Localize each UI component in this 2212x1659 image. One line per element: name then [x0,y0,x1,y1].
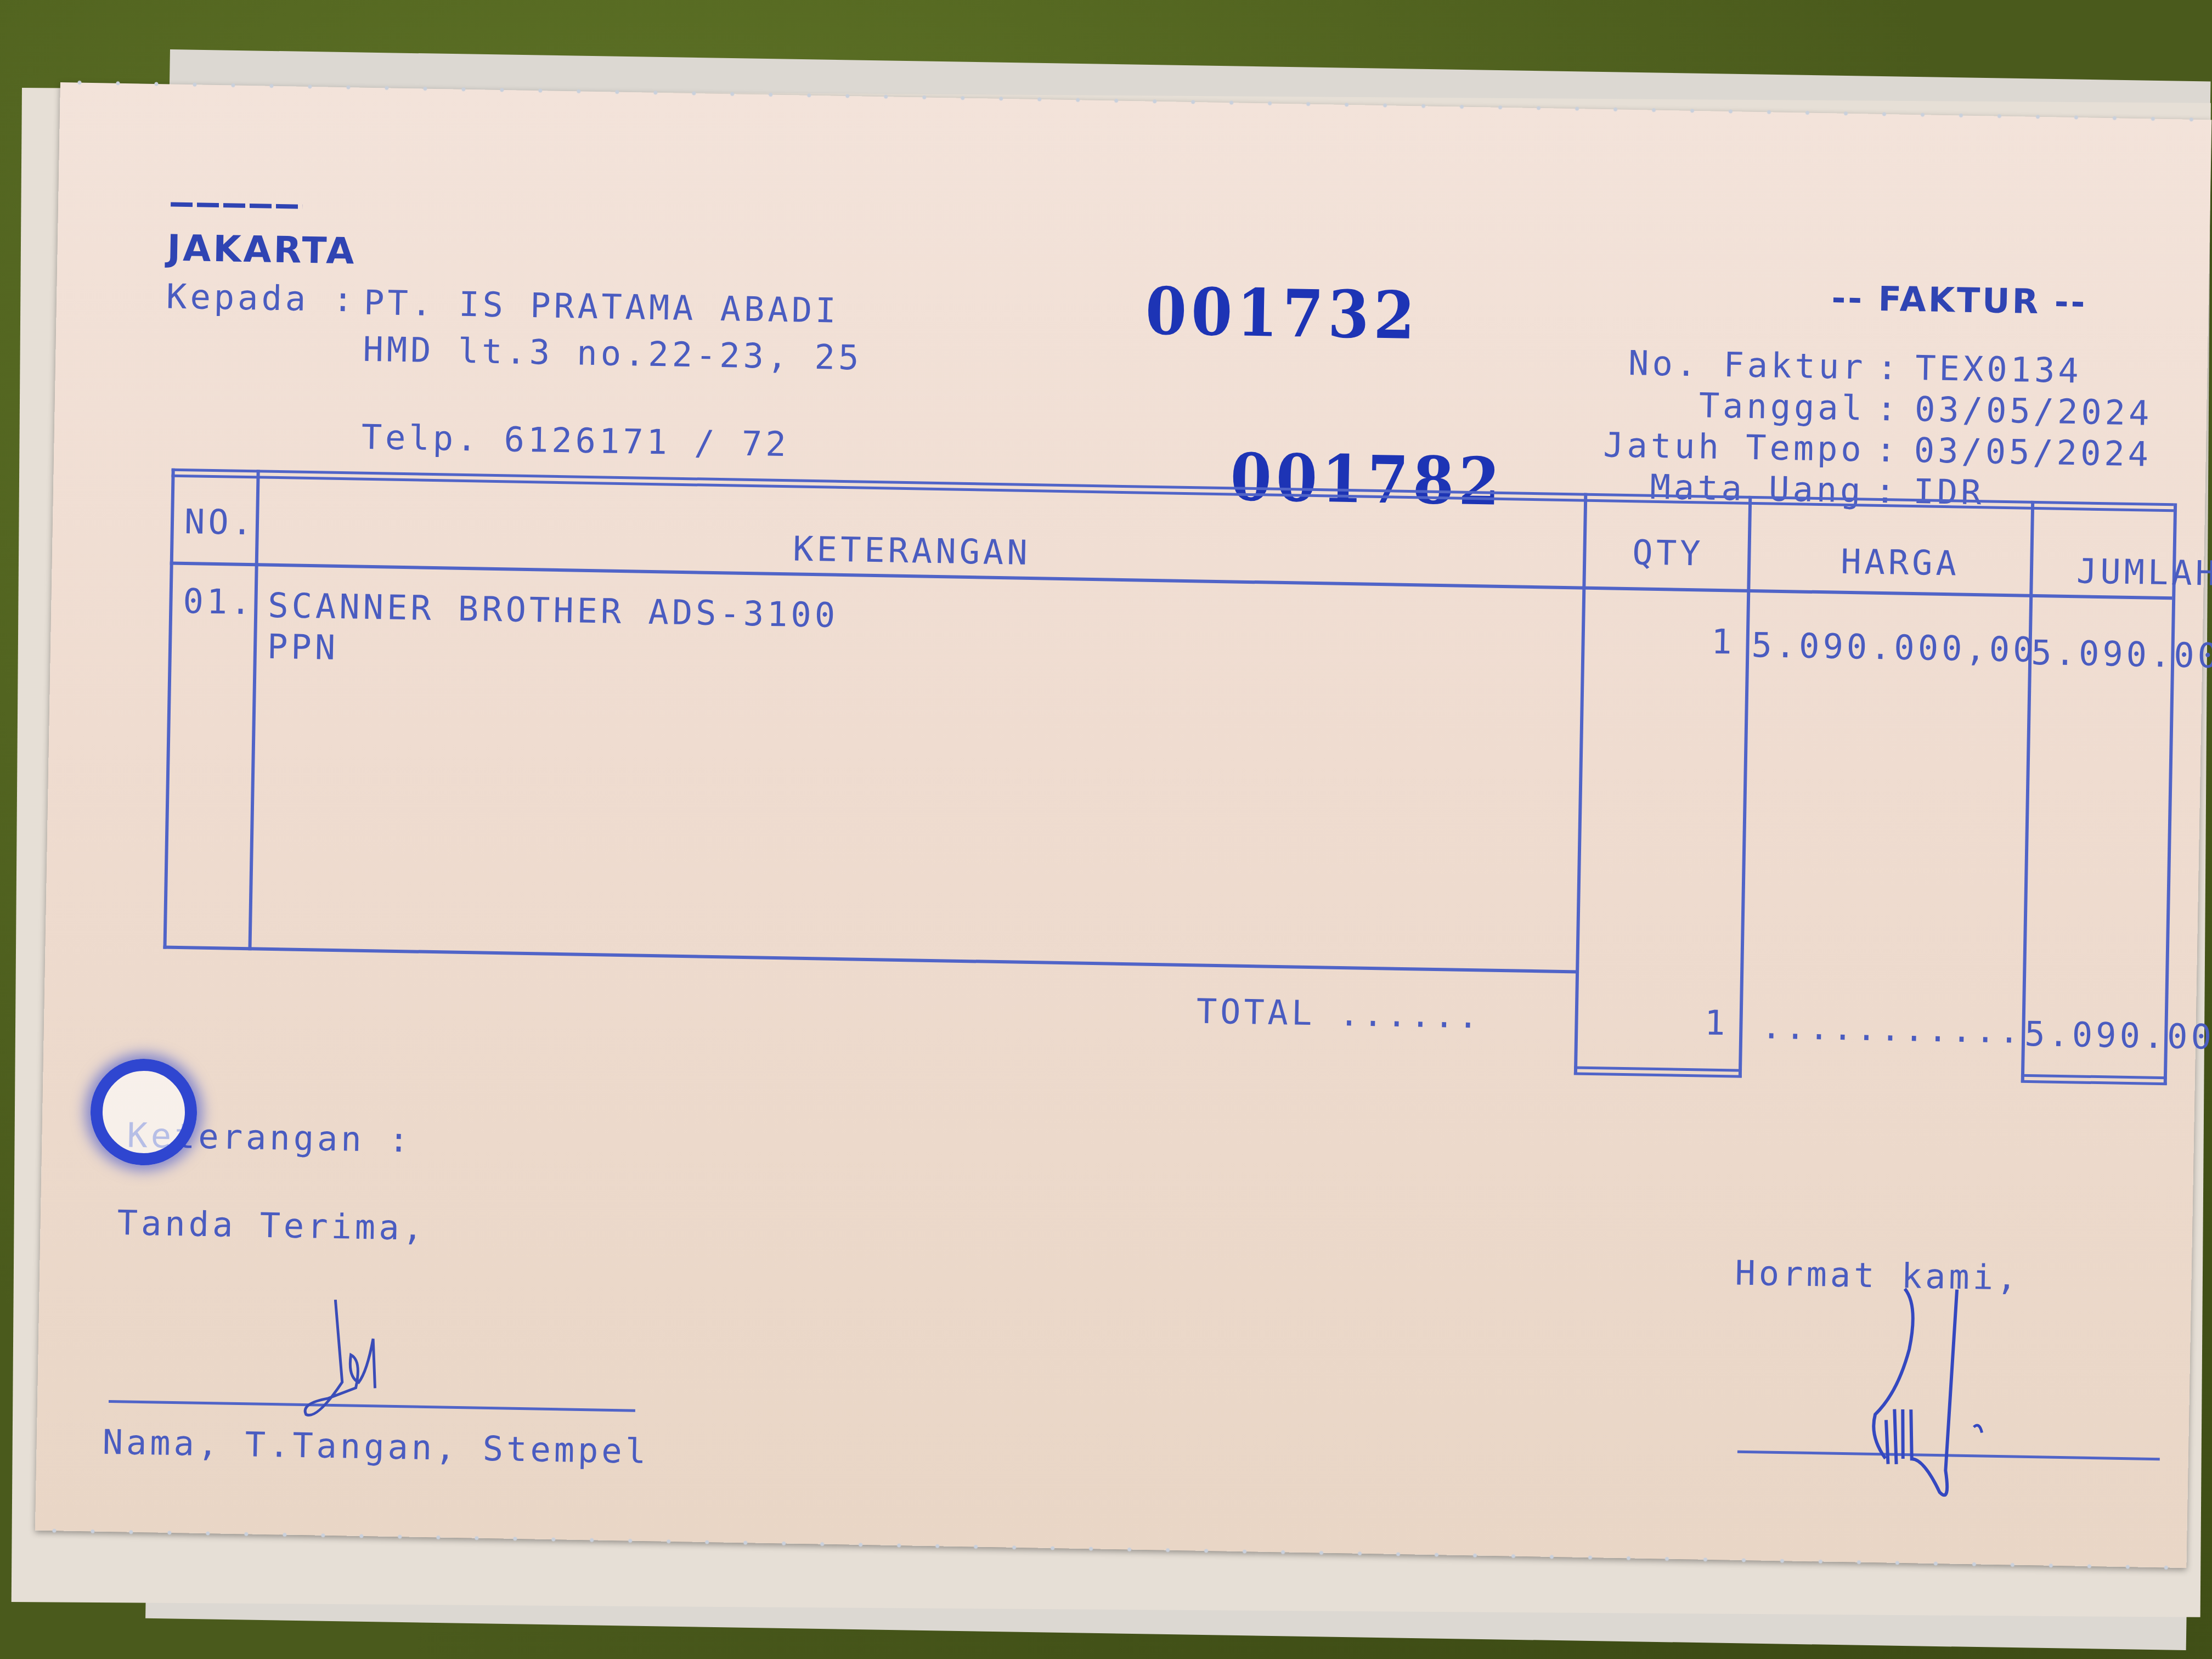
row-amount: 5.090.000,00 [2031,633,2166,675]
recipient-address: HMD lt.3 no.22-23, 25 [363,329,862,378]
recipient-phone: Telp. 6126171 / 72 [361,417,789,465]
table-top-border [171,469,2174,512]
issuer-signature-icon [1863,1283,2009,1515]
total-price-filler: ........... [1761,1006,2023,1051]
to-label: Kepada : [166,276,357,319]
meta-label-due-date: Jatuh Tempo [1590,425,1865,470]
col-divider-desc [1574,493,1587,1075]
col-header-no: NO. [184,501,256,543]
meta-sep: : [1876,388,1900,429]
to-label-text: Kepada [166,276,309,319]
meta-label-date: Tanggal [1591,383,1866,428]
col-divider-qty [1739,496,1752,1077]
total-amount: 5.090.000,00 [2024,1014,2159,1056]
header-dash-rule [171,202,302,209]
row-description: SCANNER BROTHER ADS-3100 [268,585,839,635]
row-qty: 1 [1587,619,1735,662]
col-header-amount: JUMLAH [2076,551,2212,594]
table-left-border [163,469,174,949]
meta-value-invoice-no: TEX0134 [1915,348,2083,391]
col-header-qty: QTY [1632,532,1704,573]
meta-sep: : [1875,430,1900,470]
receiver-signature-icon [295,1294,418,1438]
meta-label-invoice-no: No. Faktur [1592,342,1866,387]
meta-value-date: 03/05/2024 [1914,389,2152,433]
col-header-description: KETERANGAN [793,528,1031,573]
table-bottom-border [163,946,1578,974]
stamp-number-bottom: 001782 [1230,439,1505,520]
to-separator: : [332,279,357,320]
recipient-name: PT. IS PRATAMA ABADI [363,283,839,331]
row-description-tax: PPN [267,627,338,668]
stamp-number-top: 001732 [1145,273,1420,354]
total-label: TOTAL ...... [1196,991,1482,1036]
row-no: 01. [183,581,255,622]
city-label: JAKARTA [167,227,357,272]
qty-total-underline [1574,1066,1742,1077]
amount-total-underline [2021,1074,2167,1086]
invoice-title: -- FAKTUR -- [1831,278,2087,322]
invoice-paper: JAKARTA Kepada : PT. IS PRATAMA ABADI HM… [35,82,2211,1568]
total-qty: 1 [1580,1001,1729,1043]
received-label: Tanda Terima, [117,1203,426,1248]
meta-value-due-date: 03/05/2024 [1914,430,2152,475]
col-divider-price [2021,501,2034,1082]
meta-sep: : [1877,347,1901,388]
col-header-price: HARGA [1841,541,1960,584]
punch-hole-ring-icon [91,1059,197,1165]
row-price: 5.090.000,00 [1751,625,2021,670]
